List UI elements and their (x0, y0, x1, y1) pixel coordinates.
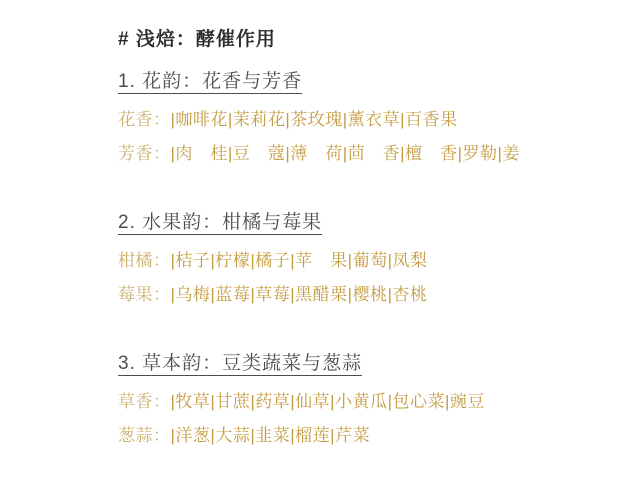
row-colon: ： (153, 144, 171, 163)
row-items: |洋葱|大蒜|韭菜|榴莲|芹菜 (171, 426, 371, 445)
row-label: 芳香 (118, 144, 153, 163)
row-items: |咖啡花|茉莉花|茶玫瑰|薰衣草|百香果 (171, 110, 458, 129)
row-label: 莓果 (118, 285, 153, 304)
row-items: |桔子|柠檬|橘子|苹 果|葡萄|凤梨 (171, 251, 428, 270)
row-colon: ： (153, 110, 171, 129)
flavor-row: 芳香：|肉 桂|豆 蔻|薄 荷|茴 香|檀 香|罗勒|姜 (118, 145, 622, 163)
section-heading: 1. 花韵：花香与芳香 (118, 72, 622, 94)
row-items: |牧草|甘蔗|药草|仙草|小黄瓜|包心菜|豌豆 (171, 392, 485, 411)
row-label: 葱蒜 (118, 426, 153, 445)
flavor-row: 花香：|咖啡花|茉莉花|茶玫瑰|薰衣草|百香果 (118, 111, 622, 129)
flavor-section: 1. 花韵：花香与芳香 花香：|咖啡花|茉莉花|茶玫瑰|薰衣草|百香果 芳香：|… (118, 72, 622, 163)
row-items: |乌梅|蓝莓|草莓|黑醋栗|樱桃|杏桃 (171, 285, 428, 304)
page-title: # 浅焙：酵催作用 (118, 30, 622, 50)
document: # 浅焙：酵催作用 1. 花韵：花香与芳香 花香：|咖啡花|茉莉花|茶玫瑰|薰衣… (0, 0, 640, 502)
flavor-row: 草香：|牧草|甘蔗|药草|仙草|小黄瓜|包心菜|豌豆 (118, 393, 622, 411)
flavor-row: 柑橘：|桔子|柠檬|橘子|苹 果|葡萄|凤梨 (118, 252, 622, 270)
section-rows: 柑橘：|桔子|柠檬|橘子|苹 果|葡萄|凤梨 莓果：|乌梅|蓝莓|草莓|黑醋栗|… (118, 252, 622, 304)
row-items: |肉 桂|豆 蔻|薄 荷|茴 香|檀 香|罗勒|姜 (171, 144, 520, 163)
section-rows: 草香：|牧草|甘蔗|药草|仙草|小黄瓜|包心菜|豌豆 葱蒜：|洋葱|大蒜|韭菜|… (118, 393, 622, 445)
row-label: 花香 (118, 110, 153, 129)
sections: 1. 花韵：花香与芳香 花香：|咖啡花|茉莉花|茶玫瑰|薰衣草|百香果 芳香：|… (118, 72, 622, 445)
section-heading: 2. 水果韵：柑橘与莓果 (118, 213, 622, 235)
flavor-row: 莓果：|乌梅|蓝莓|草莓|黑醋栗|樱桃|杏桃 (118, 286, 622, 304)
row-colon: ： (153, 285, 171, 304)
row-label: 草香 (118, 392, 153, 411)
section-heading-text: 3. 草本韵：豆类蔬菜与葱蒜 (118, 354, 362, 376)
row-colon: ： (153, 426, 171, 445)
section-heading: 3. 草本韵：豆类蔬菜与葱蒜 (118, 354, 622, 376)
row-label: 柑橘 (118, 251, 153, 270)
flavor-row: 葱蒜：|洋葱|大蒜|韭菜|榴莲|芹菜 (118, 427, 622, 445)
flavor-section: 2. 水果韵：柑橘与莓果 柑橘：|桔子|柠檬|橘子|苹 果|葡萄|凤梨 莓果：|… (118, 213, 622, 304)
row-colon: ： (153, 392, 171, 411)
section-heading-text: 1. 花韵：花香与芳香 (118, 72, 302, 94)
flavor-section: 3. 草本韵：豆类蔬菜与葱蒜 草香：|牧草|甘蔗|药草|仙草|小黄瓜|包心菜|豌… (118, 354, 622, 445)
section-heading-text: 2. 水果韵：柑橘与莓果 (118, 213, 322, 235)
section-rows: 花香：|咖啡花|茉莉花|茶玫瑰|薰衣草|百香果 芳香：|肉 桂|豆 蔻|薄 荷|… (118, 111, 622, 163)
row-colon: ： (153, 251, 171, 270)
